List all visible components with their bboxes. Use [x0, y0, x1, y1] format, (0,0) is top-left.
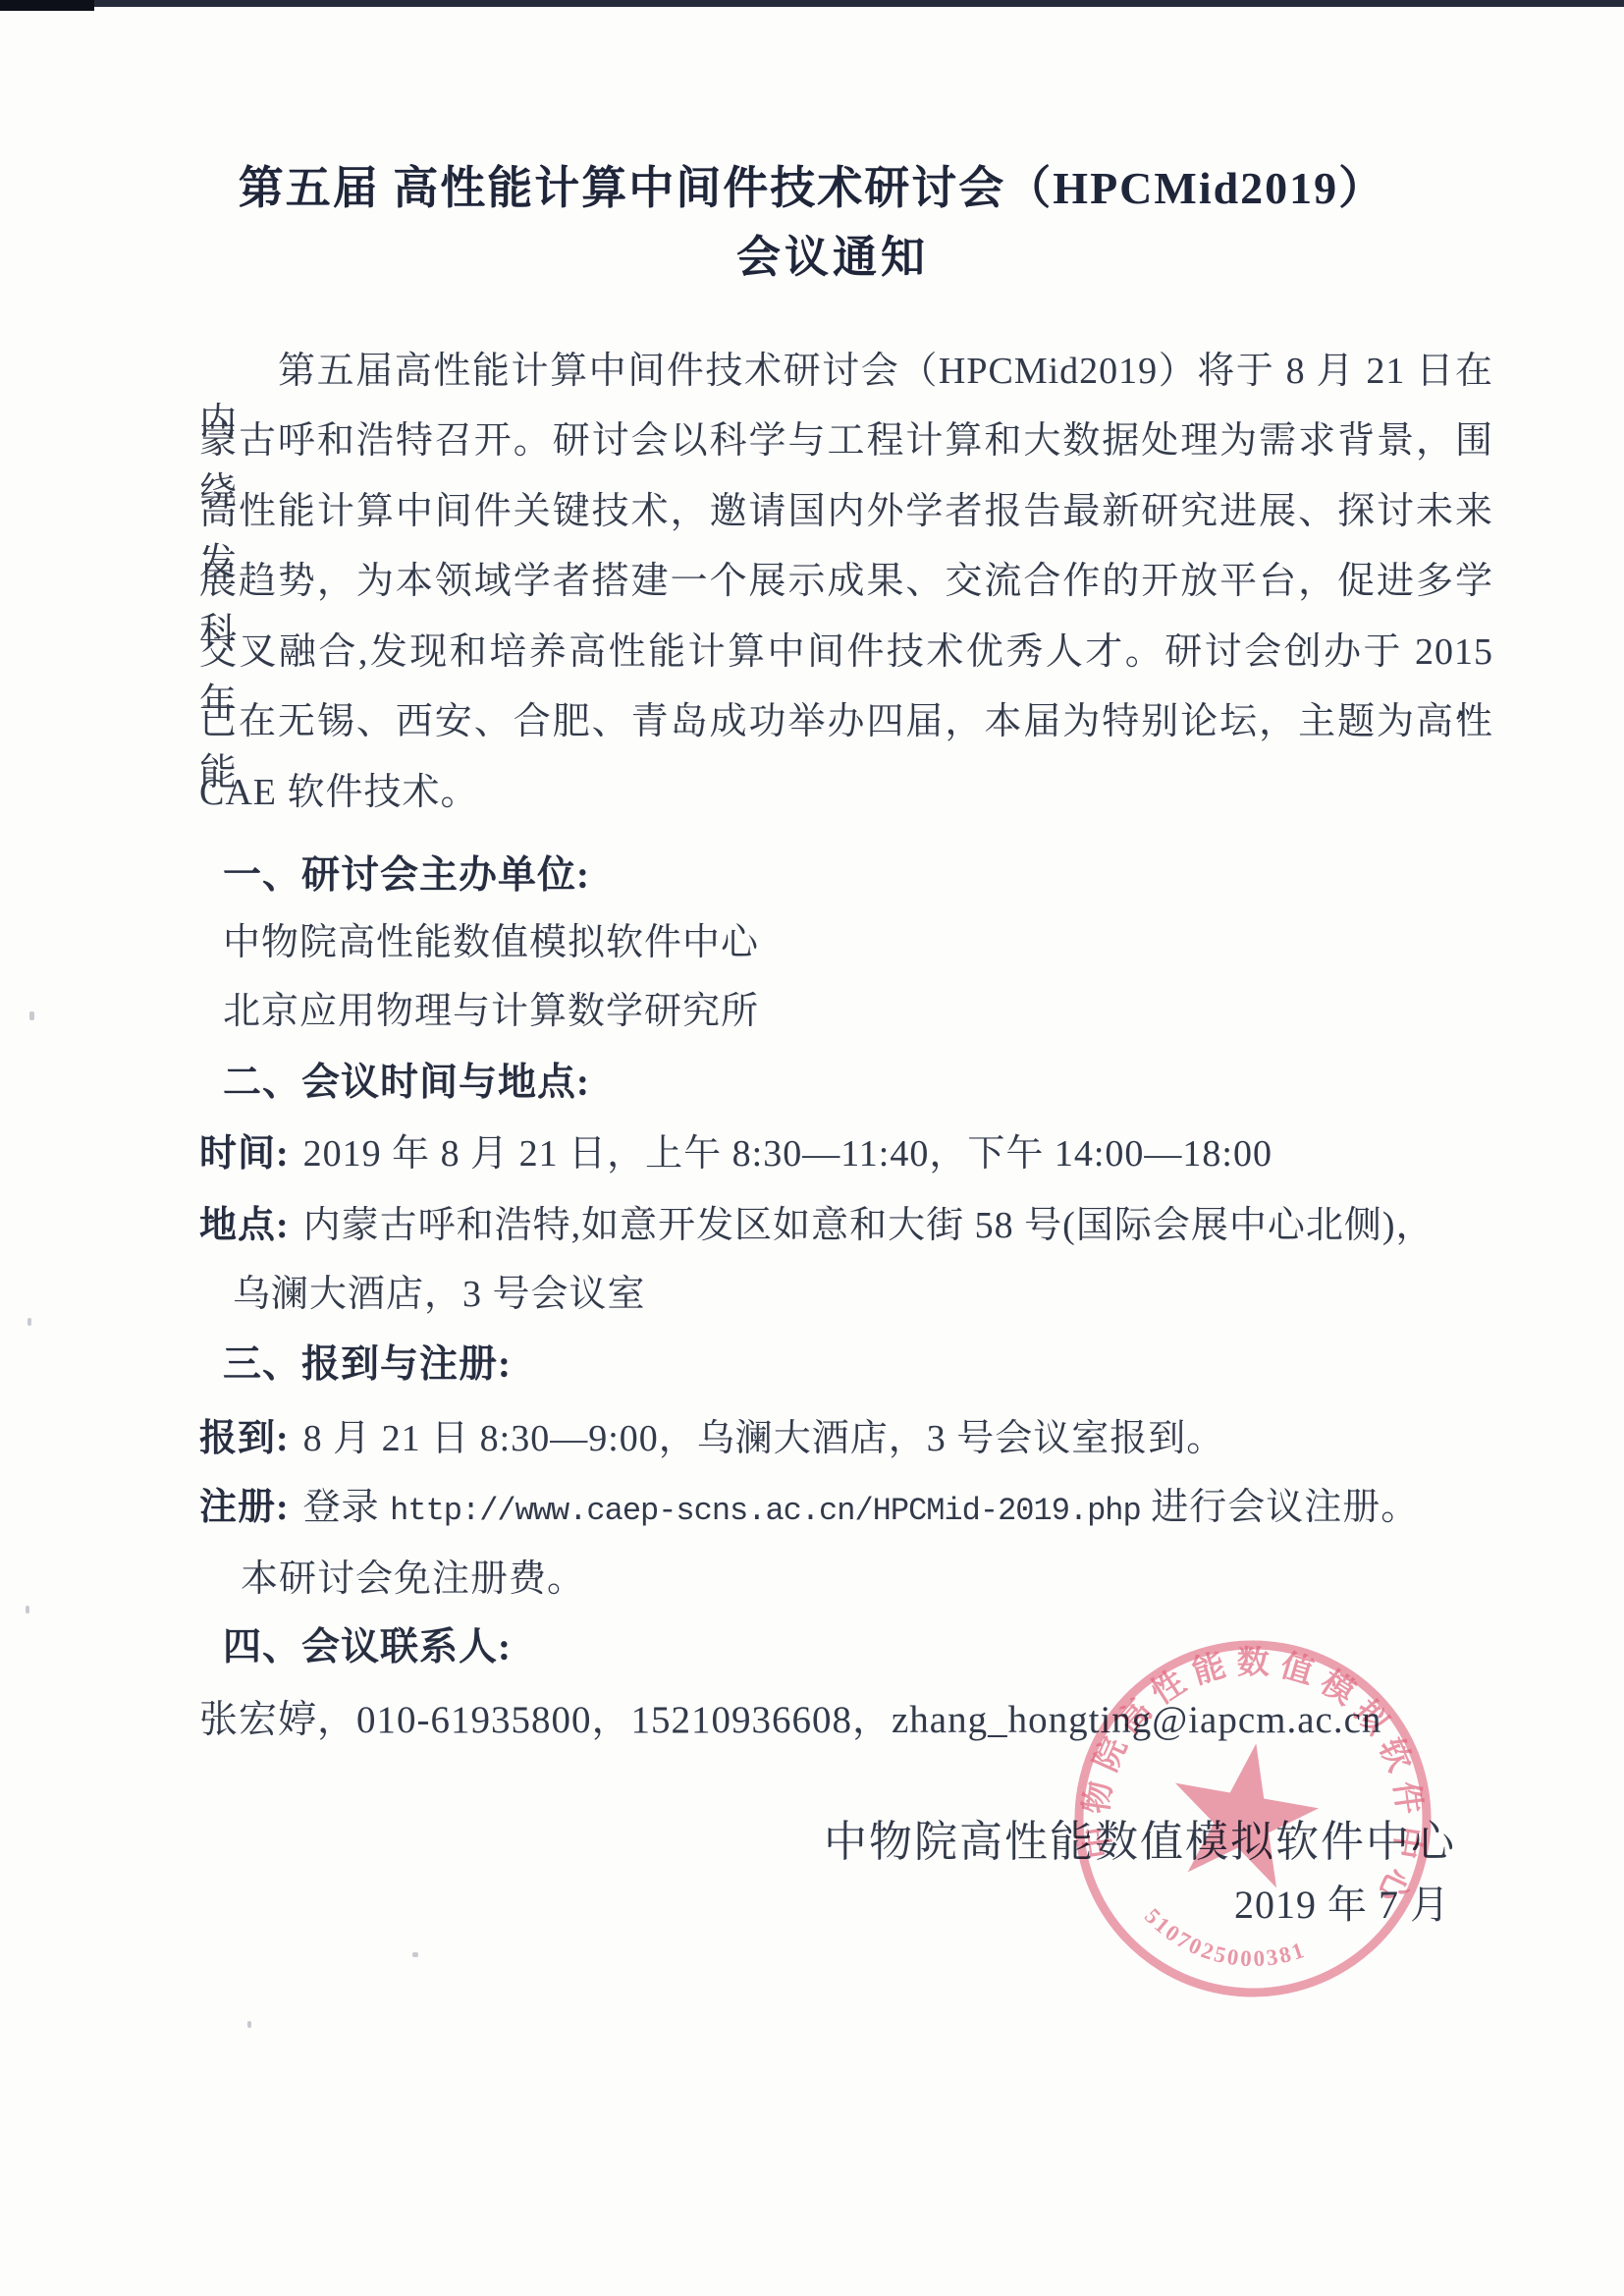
- checkin-value: 8 月 21 日 8:30—9:00，乌澜大酒店，3 号会议室报到。: [303, 1418, 1225, 1459]
- scan-edge-strip: [0, 0, 1624, 7]
- contact-row: 张宏婷，010-61935800，15210936608，zhang_hongt…: [199, 1695, 1381, 1746]
- checkin-label: 报到:: [199, 1418, 290, 1459]
- scan-speck: [29, 1011, 34, 1020]
- scan-edge-strip-dark: [0, 0, 94, 11]
- scan-speck: [247, 2021, 251, 2028]
- checkin-row: 报到:8 月 21 日 8:30—9:00，乌澜大酒店，3 号会议室报到。: [199, 1413, 1224, 1464]
- section-2-heading: 二、会议时间与地点:: [223, 1058, 590, 1109]
- seal-star-icon: [1161, 1731, 1328, 1893]
- seal-arc-text-path: 中物院高性能数值模拟软件中心: [1069, 1616, 1455, 1919]
- section-3-heading: 三、报到与注册:: [223, 1339, 512, 1391]
- registration-url: http://www.caep-scns.ac.cn/HPCMid-2019.p…: [390, 1493, 1141, 1529]
- document-subtitle: 会议通知: [0, 232, 1624, 283]
- time-label: 时间:: [199, 1133, 290, 1175]
- section-1-heading: 一、研讨会主办单位:: [223, 850, 590, 902]
- section-4-heading: 四、会议联系人:: [223, 1622, 512, 1673]
- register-prefix: 登录: [303, 1487, 391, 1528]
- place-continued: 乌澜大酒店，3 号会议室: [233, 1269, 646, 1320]
- scan-speck: [27, 1318, 31, 1326]
- signature-org: 中物院高性能数值模拟软件中心: [824, 1817, 1456, 1868]
- intro-line: CAE 软件技术。: [199, 767, 1493, 818]
- seal-arc-text: 中物院高性能数值模拟软件中心: [1069, 1616, 1455, 1919]
- register-label: 注册:: [199, 1487, 290, 1528]
- time-row: 时间:2019 年 8 月 21 日，上午 8:30—11:40，下午 14:0…: [199, 1128, 1272, 1179]
- register-row: 注册:登录 http://www.caep-scns.ac.cn/HPCMid-…: [199, 1482, 1419, 1537]
- register-suffix: 进行会议注册。: [1141, 1487, 1420, 1528]
- document-title: 第五届 高性能计算中间件技术研讨会（HPCMid2019）: [0, 163, 1624, 214]
- scan-speck: [26, 1606, 29, 1613]
- place-row: 地点:内蒙古呼和浩特,如意开发区如意和大街 58 号(国际会展中心北侧)，: [199, 1200, 1434, 1251]
- time-value: 2019 年 8 月 21 日，上午 8:30—11:40，下午 14:00—1…: [303, 1133, 1272, 1175]
- signature-date: 2019 年 7 月: [1234, 1880, 1450, 1931]
- place-value: 内蒙古呼和浩特,如意开发区如意和大街 58 号(国际会展中心北侧)，: [303, 1205, 1435, 1246]
- scanned-notice-page: 第五届 高性能计算中间件技术研讨会（HPCMid2019） 会议通知 第五届高性…: [0, 0, 1624, 2296]
- place-label: 地点:: [199, 1205, 290, 1246]
- scan-speck: [412, 1952, 418, 1957]
- host-org-2: 北京应用物理与计算数学研究所: [223, 986, 759, 1037]
- registration-fee-note: 本研讨会免注册费。: [241, 1554, 585, 1605]
- host-org-1: 中物院高性能数值模拟软件中心: [223, 917, 759, 968]
